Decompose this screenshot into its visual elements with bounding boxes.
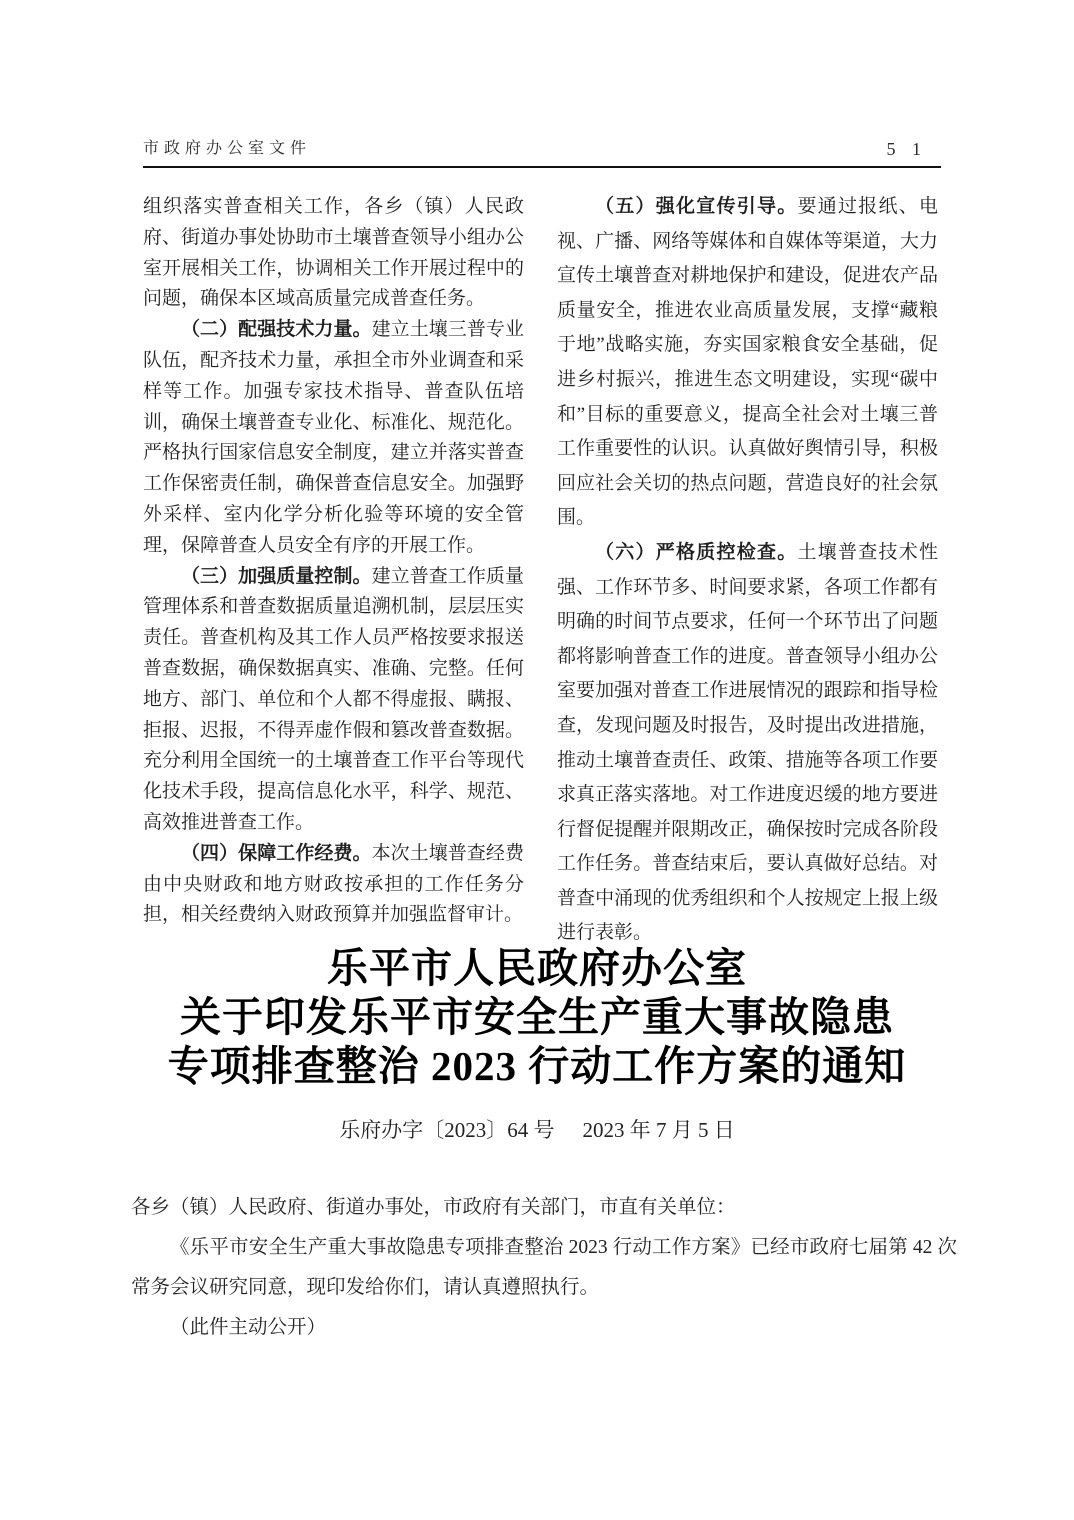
paragraph-item-4: （四）保障工作经费。本次土壤普查经费由中央财政和地方财政按承担的工作任务分担，相…	[143, 839, 524, 931]
column-right: （五）强化宣传引导。要通过报纸、电视、广播、网络等媒体和自媒体等渠道，大力宣传土…	[557, 190, 938, 951]
paragraph-item-6: （六）严格质控检查。土壤普查技术性强、工作环节多、时间要求紧，各项工作都有明确的…	[557, 536, 938, 951]
paragraph-text: 要通过报纸、电视、广播、网络等媒体和自媒体等渠道，大力宣传土壤普查对耕地保护和建…	[557, 196, 938, 528]
paragraph-item-3: （三）加强质量控制。建立普查工作质量管理体系和普查数据质量追溯机制，层层压实责任…	[143, 562, 524, 839]
paragraph-lead: （二）配强技术力量。	[181, 319, 372, 340]
page-number: 5 1	[887, 139, 928, 160]
header-title: 市政府办公室文件	[143, 135, 311, 158]
paragraph-item-2: （二）配强技术力量。建立土壤三普专业队伍，配齐技术力量，承担全市外业调查和采样等…	[143, 315, 524, 561]
paragraph-text: 组织落实普查相关工作，各乡（镇）人民政府、街道办事处协助市土壤普查领导小组办公室…	[143, 196, 524, 309]
doc-number: 乐府办字〔2023〕64 号	[339, 1118, 554, 1142]
paragraph-lead: （五）强化宣传引导。	[595, 196, 797, 217]
notice-title-line-2: 关于印发乐平市安全生产重大事故隐患	[137, 993, 937, 1042]
notice-disclosure: （此件主动公开）	[131, 1308, 957, 1348]
paragraph-continuation: 组织落实普查相关工作，各乡（镇）人民政府、街道办事处协助市土壤普查领导小组办公室…	[143, 192, 524, 315]
column-left: 组织落实普查相关工作，各乡（镇）人民政府、街道办事处协助市土壤普查领导小组办公室…	[143, 192, 524, 931]
notice-title-line-3: 专项排查整治 2023 行动工作方案的通知	[137, 1042, 937, 1091]
paragraph-text: 建立土壤三普专业队伍，配齐技术力量，承担全市外业调查和采样等工作。加强专家技术指…	[143, 319, 524, 556]
document-page: 市政府办公室文件 5 1 组织落实普查相关工作，各乡（镇）人民政府、街道办事处协…	[0, 0, 1074, 1520]
notice-salutation: 各乡（镇）人民政府、街道办事处，市政府有关部门，市直有关单位：	[131, 1188, 957, 1228]
paragraph-item-5: （五）强化宣传引导。要通过报纸、电视、广播、网络等媒体和自媒体等渠道，大力宣传土…	[557, 190, 938, 536]
notice-title-line-1: 乐平市人民政府办公室	[137, 944, 937, 993]
doc-number-line: 乐府办字〔2023〕64 号2023 年 7 月 5 日	[137, 1114, 937, 1144]
paragraph-lead: （六）严格质控检查。	[595, 542, 797, 563]
notice-body-paragraph: 《乐平市安全生产重大事故隐患专项排查整治 2023 行动工作方案》已经市政府七届…	[131, 1228, 957, 1308]
doc-date: 2023 年 7 月 5 日	[583, 1118, 735, 1142]
paragraph-lead: （三）加强质量控制。	[181, 566, 372, 587]
header-rule	[143, 166, 941, 168]
document-header: 市政府办公室文件 5 1	[143, 133, 941, 167]
paragraph-text: 土壤普查技术性强、工作环节多、时间要求紧，各项工作都有明确的时间节点要求，任何一…	[557, 542, 938, 944]
paragraph-lead: （四）保障工作经费。	[181, 843, 372, 864]
paragraph-text: 建立普查工作质量管理体系和普查数据质量追溯机制，层层压实责任。普查机构及其工作人…	[143, 566, 524, 833]
notice-body: 各乡（镇）人民政府、街道办事处，市政府有关部门，市直有关单位： 《乐平市安全生产…	[131, 1188, 957, 1348]
notice-title: 乐平市人民政府办公室 关于印发乐平市安全生产重大事故隐患 专项排查整治 2023…	[137, 944, 937, 1091]
